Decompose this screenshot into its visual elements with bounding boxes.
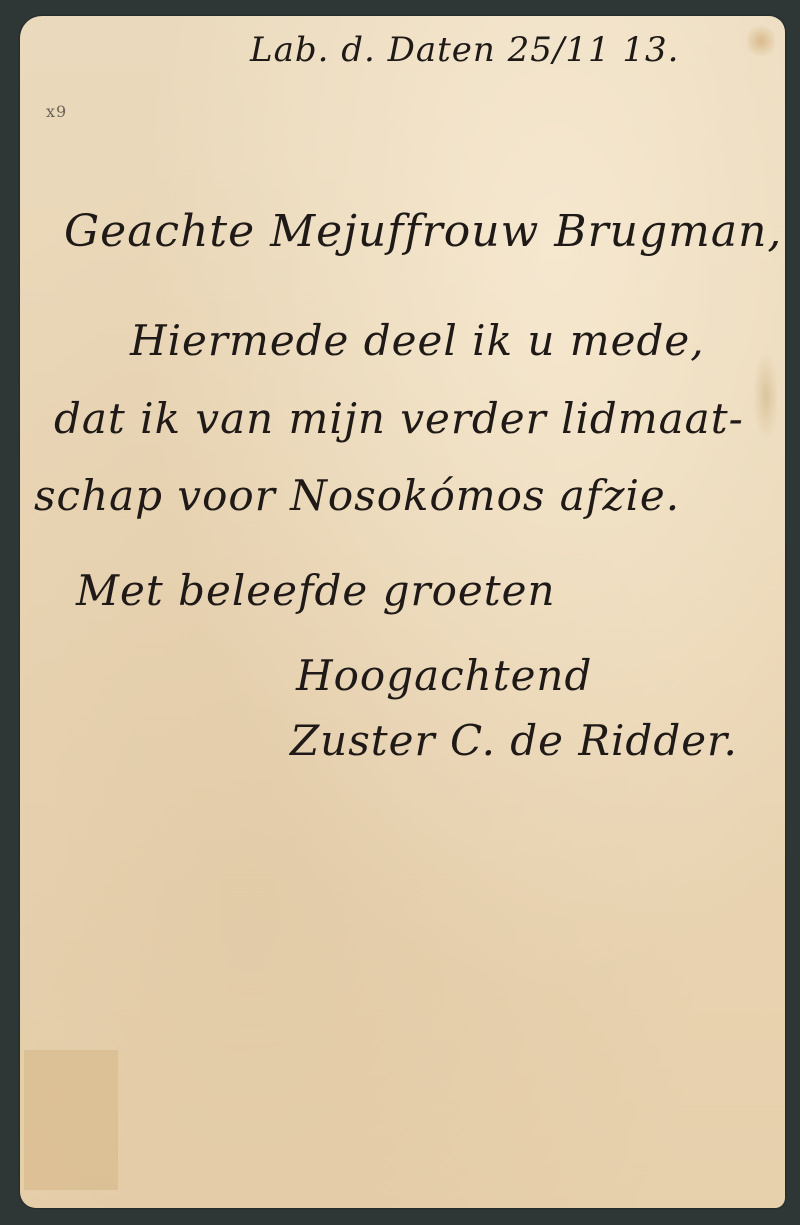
- body-line-3: schap voor Nosokómos afzie.: [34, 471, 680, 520]
- stamp-residue-patch: [24, 1050, 118, 1190]
- body-line-2: dat ik van mijn verder lidmaat-: [54, 394, 744, 443]
- dateline: Lab. d. Daten 25/11 13.: [250, 30, 680, 70]
- postcard: Lab. d. Daten 25/11 13. x9 Geachte Mejuf…: [20, 16, 785, 1208]
- valediction: Hoogachtend: [296, 651, 592, 700]
- body-line-1: Hiermede deel ik u mede,: [130, 316, 705, 365]
- foxing-stain-right-edge: [753, 351, 779, 441]
- signature: Zuster C. de Ridder.: [290, 716, 738, 765]
- closing-greeting: Met beleefde groeten: [76, 566, 556, 615]
- margin-mark: x9: [46, 102, 67, 121]
- salutation: Geachte Mejuffrouw Brugman,: [64, 206, 782, 257]
- foxing-stain-top-right: [747, 22, 775, 60]
